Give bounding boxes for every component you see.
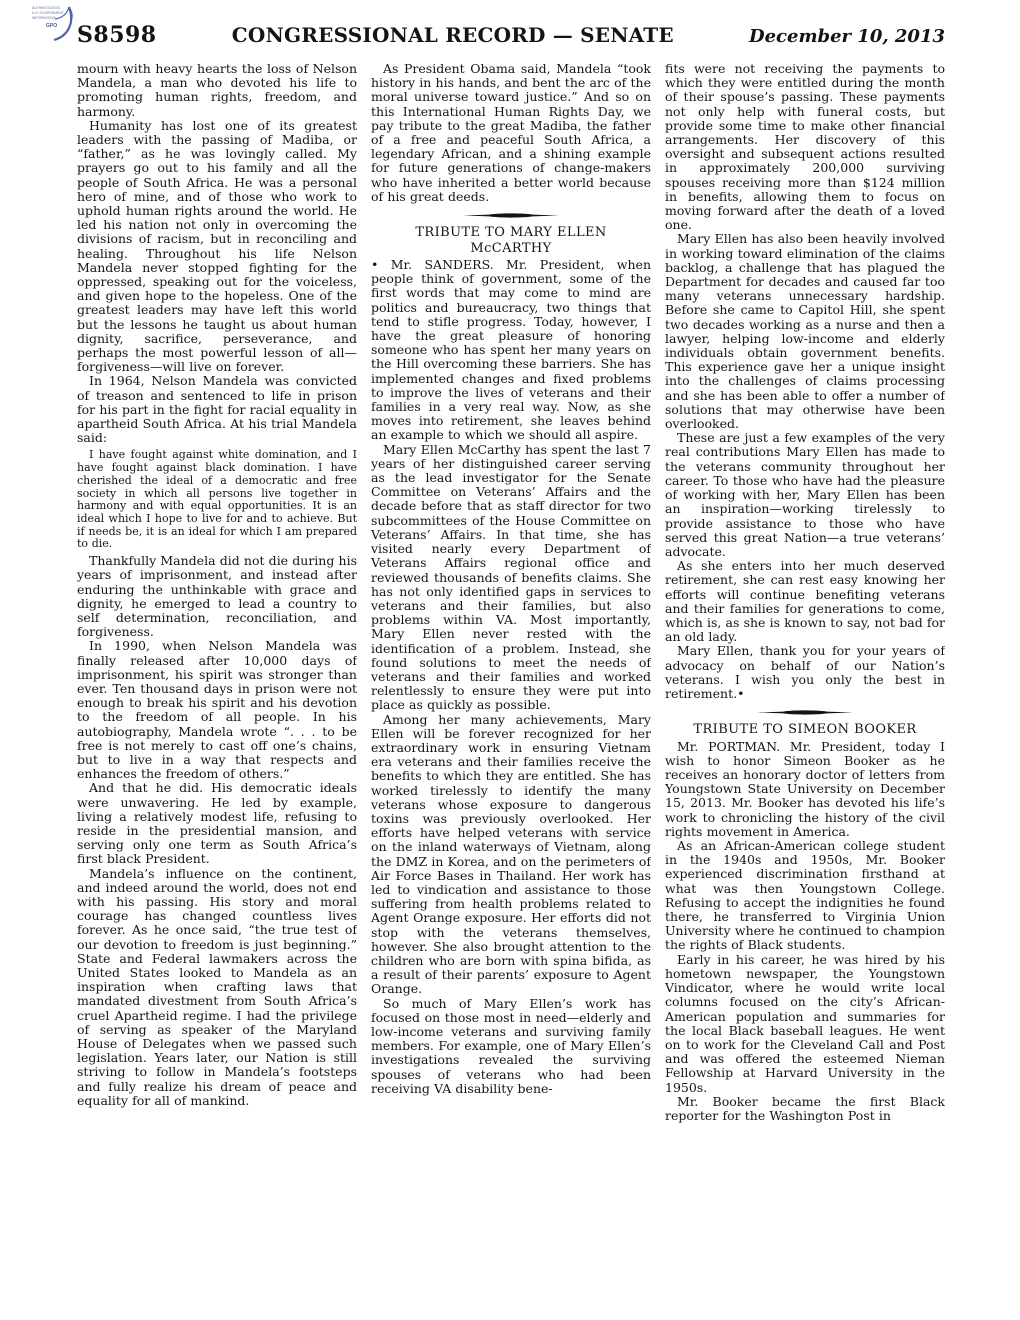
page-number: S8598 [77,22,157,48]
paragraph: Humanity has lost one of its greatest le… [77,119,357,375]
lens-rule-icon [757,709,853,716]
section-heading-line: McCARTHY [371,241,651,257]
paragraph: In 1990, when Nelson Mandela was finally… [77,639,357,781]
paragraph: Mary Ellen has also been heavily involve… [665,232,945,431]
paragraph: So much of Mary Ellen’s work has focused… [371,997,651,1096]
logo-line-1: AUTHENTICATED [32,6,61,10]
paragraph: And that he did. His democratic ideals w… [77,781,357,866]
logo-line-2: U.S. GOVERNMENT [32,11,64,15]
paragraph: Among her many achievements, Mary Ellen … [371,713,651,997]
lens-rule-icon [463,212,559,219]
paragraph: Mr. Booker became the first Black report… [665,1095,945,1123]
paragraph: In 1964, Nelson Mandela was convicted of… [77,374,357,445]
paragraph: Early in his career, he was hired by his… [665,953,945,1095]
section-separator-rule [665,703,945,721]
column-1: mourn with heavy hearts the loss of Nels… [77,62,357,1222]
paragraph: As she enters into her much deserved ret… [665,559,945,644]
paragraph: Mr. PORTMAN. Mr. President, today I wish… [665,740,945,839]
issue-date: December 10, 2013 [749,26,945,47]
congressional-record-page: AUTHENTICATED U.S. GOVERNMENT INFORMATIO… [0,0,1020,1320]
section-heading-line: TRIBUTE TO MARY ELLEN [371,225,651,241]
paragraph: Thankfully Mandela did not die during hi… [77,554,357,639]
paragraph: fits were not receiving the payments to … [665,62,945,232]
section-heading-line: TRIBUTE TO SIMEON BOOKER [665,722,945,738]
paragraph: Mary Ellen, thank you for your years of … [665,644,945,701]
paragraph: mourn with heavy hearts the loss of Nels… [77,62,357,119]
section-separator-rule [371,206,651,224]
paragraph: As an African-American college student i… [665,839,945,953]
section-heading: TRIBUTE TO MARY ELLENMcCARTHY [371,225,651,256]
paragraph: Mandela’s influence on the continent, an… [77,867,357,1108]
article-columns: mourn with heavy hearts the loss of Nels… [77,62,945,1222]
publication-title: CONGRESSIONAL RECORD — SENATE [157,23,749,47]
paragraph: As President Obama said, Mandela “took h… [371,62,651,204]
page-header: S8598 CONGRESSIONAL RECORD — SENATE Dece… [77,22,945,48]
column-2: As President Obama said, Mandela “took h… [371,62,651,1222]
paragraph: • Mr. SANDERS. Mr. President, when peopl… [371,258,651,443]
column-3: fits were not receiving the payments to … [665,62,945,1222]
paragraph: Mary Ellen McCarthy has spent the last 7… [371,443,651,713]
paragraph: These are just a few examples of the ver… [665,431,945,559]
logo-gpo-text: GPO [46,23,57,29]
blockquote-paragraph: I have fought against white domination, … [77,449,357,551]
logo-line-3: INFORMATION [32,16,56,20]
section-heading: TRIBUTE TO SIMEON BOOKER [665,722,945,738]
